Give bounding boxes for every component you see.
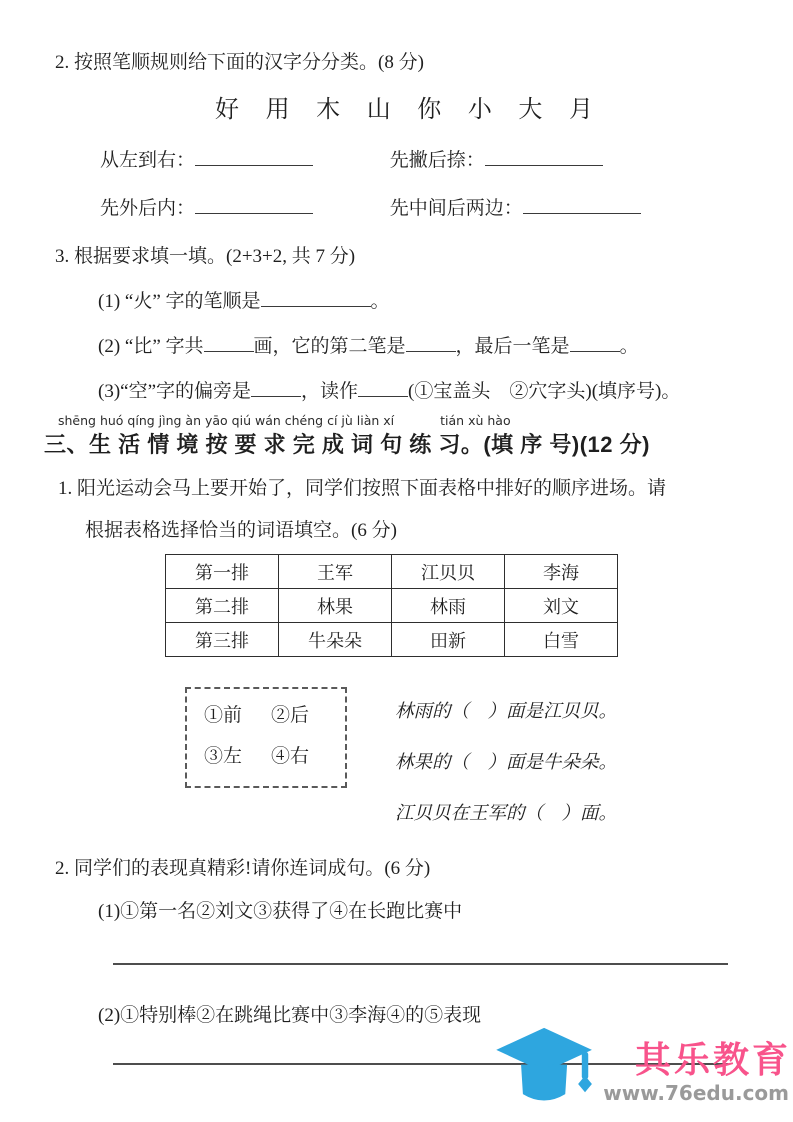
table-row: 第一排 王军 江贝贝 李海 (166, 555, 618, 589)
question-2-sentence-title: 2. 同学们的表现真精彩!请你连词成句。(6 分) (55, 856, 793, 882)
character-row: 好 用 木 山 你 小 大 月 (215, 94, 593, 126)
question-3-item-1: (1) “火” 字的笔顺是。 (98, 289, 793, 315)
option-front: ①前 (204, 704, 261, 728)
table-cell: 牛朵朵 (279, 623, 392, 657)
table-cell: 刘文 (505, 589, 618, 623)
fill-blank (406, 336, 456, 352)
item-text: (2) “比” 字共 (98, 336, 204, 357)
blank-label-middle-then-sides: 先中间后两边： (390, 198, 523, 219)
table-cell: 王军 (279, 555, 392, 589)
table-cell: 第三排 (166, 623, 279, 657)
character-item: 用 (266, 94, 290, 126)
character-item: 山 (367, 94, 391, 126)
statement-line: 林雨的（ ）面是江贝贝。 (395, 687, 617, 738)
options-and-statements: ①前 ②后 ③左 ④右 林雨的（ ）面是江贝贝。 林果的（ ）面是牛朵朵。 江贝… (185, 687, 793, 840)
item-text: ，最后一笔是 (456, 336, 570, 357)
graduation-cap-icon (493, 1026, 597, 1118)
table-cell: 第二排 (166, 589, 279, 623)
sentence-item-1: (1)①第一名②刘文③获得了④在长跑比赛中 (98, 899, 793, 925)
statement-list: 林雨的（ ）面是江贝贝。 林果的（ ）面是牛朵朵。 江贝贝在王军的（ ）面。 (395, 687, 617, 840)
fill-blank (195, 150, 313, 166)
statement-line: 江贝贝在王军的（ ）面。 (395, 789, 617, 840)
option-left: ③左 (204, 745, 261, 769)
fill-blank (195, 198, 313, 214)
statement-line: 林果的（ ）面是牛朵朵。 (395, 738, 617, 789)
pinyin-main: shēng huó qíng jìng àn yāo qiú wán chéng… (58, 413, 394, 428)
blank-label-left-to-right: 从左到右： (100, 150, 195, 171)
seating-table: 第一排 王军 江贝贝 李海 第二排 林果 林雨 刘文 第三排 牛朵朵 田新 白雪 (165, 554, 618, 657)
fill-blank (523, 198, 641, 214)
table-row: 第二排 林果 林雨 刘文 (166, 589, 618, 623)
item-text: ，读作 (301, 381, 358, 402)
table-cell: 田新 (392, 623, 505, 657)
exam-page: 2. 按照笔顺规则给下面的汉字分分类。(8 分) 好 用 木 山 你 小 大 月… (0, 0, 793, 1122)
question-3-item-2: (2) “比” 字共画，它的第二笔是，最后一笔是。 (98, 334, 793, 360)
classification-row-2: 先外后内： 先中间后两边： (100, 196, 793, 222)
character-item: 大 (518, 94, 542, 126)
brand-url: www.76edu.com (603, 1081, 789, 1105)
item-text: 。 (620, 336, 639, 357)
character-item: 月 (569, 94, 593, 126)
option-back: ②后 (271, 704, 328, 728)
brand-logo: 其乐教育 www.76edu.com (493, 1026, 791, 1118)
table-cell: 第一排 (166, 555, 279, 589)
table-row: 第三排 牛朵朵 田新 白雪 (166, 623, 618, 657)
fill-blank (570, 336, 620, 352)
fill-blank (485, 150, 603, 166)
word-options-box: ①前 ②后 ③左 ④右 (185, 687, 347, 788)
question-1-text-line-1: 1. 阳光运动会马上要开始了，同学们按照下面表格中排好的顺序进场。请 (58, 475, 763, 502)
item-text: (①宝盖头 ②穴字头)(填序号)。 (408, 381, 680, 402)
character-item: 木 (316, 94, 340, 126)
brand-name: 其乐教育 (635, 1039, 791, 1081)
question-3-title: 3. 根据要求填一填。(2+3+2, 共 7 分) (55, 244, 793, 270)
option-right: ④右 (271, 745, 328, 769)
answer-line (113, 963, 728, 965)
item-text: (1) “火” 字的笔顺是 (98, 291, 261, 312)
item-text: 画，它的第二笔是 (254, 336, 406, 357)
item-text: (3)“空”字的偏旁是 (98, 381, 251, 402)
table-cell: 林果 (279, 589, 392, 623)
fill-blank (251, 381, 301, 397)
fill-blank (204, 336, 254, 352)
table-cell: 林雨 (392, 589, 505, 623)
fill-blank (358, 381, 408, 397)
pinyin-tail: tián xù hào (440, 413, 510, 428)
blank-label-pie-then-na: 先撇后捺： (390, 150, 485, 171)
question-1-text-line-2: 根据表格选择恰当的词语填空。(6 分) (85, 517, 763, 544)
item-text: 。 (371, 291, 390, 312)
table-cell: 江贝贝 (392, 555, 505, 589)
question-3-item-3: (3)“空”字的偏旁是，读作(①宝盖头 ②穴字头)(填序号)。 (98, 379, 793, 405)
section-3-title: 三、生 活 情 境 按 要 求 完 成 词 句 练 习。(填 序 号)(12 分… (44, 430, 793, 460)
section-3-header: shēng huó qíng jìng àn yāo qiú wán chéng… (0, 413, 793, 460)
table-cell: 李海 (505, 555, 618, 589)
section-3-pinyin: shēng huó qíng jìng àn yāo qiú wán chéng… (58, 413, 793, 428)
blank-label-outside-then-inside: 先外后内： (100, 198, 195, 219)
character-item: 你 (417, 94, 441, 126)
fill-blank (261, 291, 371, 307)
character-item: 好 (215, 94, 239, 126)
classification-row-1: 从左到右： 先撇后捺： (100, 148, 793, 174)
brand-text-block: 其乐教育 www.76edu.com (603, 1039, 791, 1105)
table-cell: 白雪 (505, 623, 618, 657)
question-2-title: 2. 按照笔顺规则给下面的汉字分分类。(8 分) (55, 0, 793, 76)
character-item: 小 (468, 94, 492, 126)
